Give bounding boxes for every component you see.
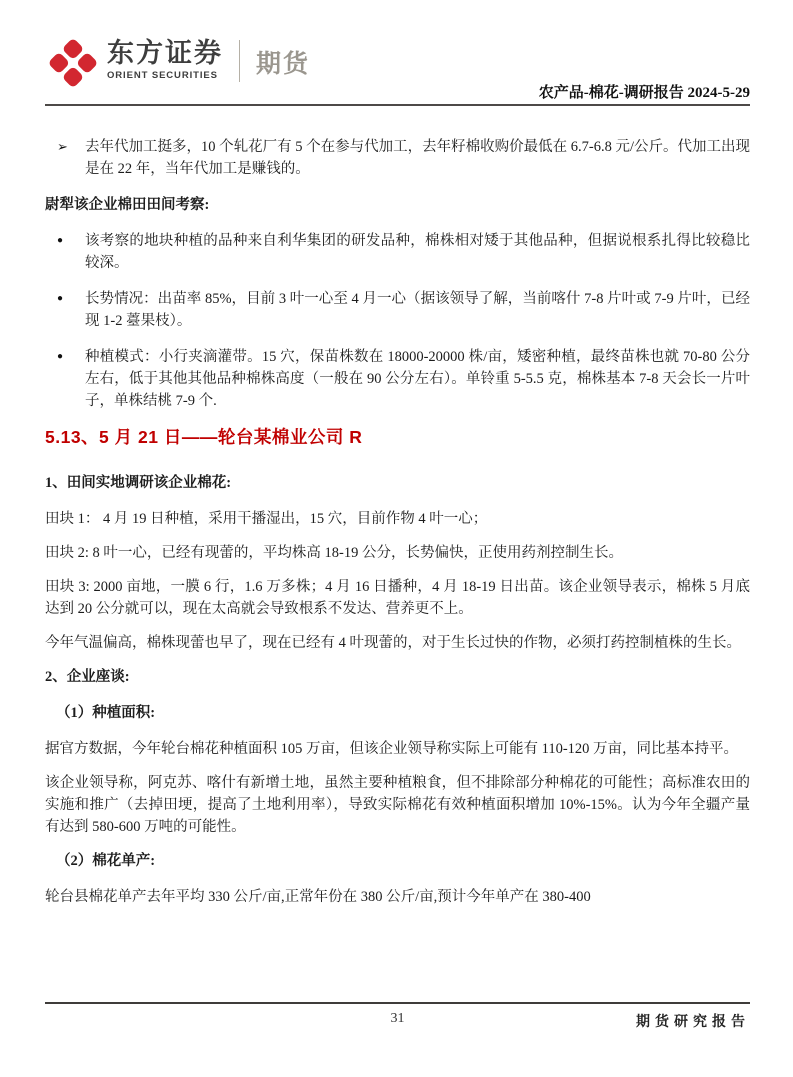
logo-petal [76,52,99,75]
subsection-title-planting-area: （1）种植面积: [45,702,750,724]
report-body: ➢ 去年代加工挺多，10 个轧花厂有 5 个在参与代加工，去年籽棉收购价最低在 … [45,136,750,920]
paragraph-field-1: 田块 1： 4 月 19 日种植，采用干播湿出，15 穴，目前作物 4 叶一心； [45,508,750,530]
dot-bullet-icon: ● [45,288,85,332]
dot-list-item: ● 种植模式：小行夹滴灌带。15 穴，保苗株数在 18000-20000 株/亩… [45,346,750,412]
paragraph-official-data: 据官方数据，今年轮台棉花种植面积 105 万亩，但该企业领导称实际上可能有 11… [45,738,750,760]
brand-block: 东方证券 ORIENT SECURITIES 期货 [55,38,310,82]
dot-list-item: ● 长势情况：出苗率 85%，目前 3 叶一心至 4 月一心（据该领导了解，当前… [45,288,750,332]
logo-petal [62,66,85,89]
paragraph-yield: 轮台县棉花单产去年平均 330 公斤/亩,正常年份在 380 公斤/亩,预计今年… [45,886,750,908]
paragraph-field-2: 田块 2: 8 叶一心，已经有现蕾的，平均株高 18-19 公分，长势偏快，正使… [45,542,750,564]
brand-divider [239,40,240,82]
dot-bullet-icon: ● [45,230,85,274]
paragraph-temperature: 今年气温偏高，棉株现蕾也早了，现在已经有 4 叶现蕾的，对于生长过快的作物，必须… [45,632,750,654]
dot-list-item: ● 该考察的地块种植的品种来自利华集团的研发品种，棉株相对矮于其他品种，但据说根… [45,230,750,274]
dot-bullet-icon: ● [45,346,85,412]
footer-report-type: 期货研究报告 [636,1011,750,1031]
orient-securities-logo-icon [48,38,99,89]
brand-name-cn: 东方证券 [107,40,223,67]
paragraph-field-3: 田块 3: 2000 亩地，一膜 6 行，1.6 万多株；4 月 16 日播种，… [45,576,750,620]
arrow-bullet-icon: ➢ [45,136,85,180]
brand-text: 东方证券 ORIENT SECURITIES [107,40,223,81]
list-item-text: 该考察的地块种植的品种来自利华集团的研发品种，棉株相对矮于其他品种，但据说根系扎… [85,230,750,274]
list-item-text: 长势情况：出苗率 85%，目前 3 叶一心至 4 月一心（据该领导了解，当前喀什… [85,288,750,332]
arrow-list-item: ➢ 去年代加工挺多，10 个轧花厂有 5 个在参与代加工，去年籽棉收购价最低在 … [45,136,750,180]
page-footer: 31 期货研究报告 [45,1002,750,1035]
subsection-title-2: 2、企业座谈: [45,666,750,688]
brand-name-en: ORIENT SECURITIES [107,70,223,81]
list-item-text: 种植模式：小行夹滴灌带。15 穴，保苗株数在 18000-20000 株/亩，矮… [85,346,750,412]
footer-inner: 31 期货研究报告 [45,1011,750,1035]
subsection-title-1: 1、田间实地调研该企业棉花: [45,472,750,494]
report-title-label: 农产品-棉花-调研报告 2024-5-29 [539,81,750,102]
header-rule [45,104,750,106]
section-subtitle: 尉犁该企业棉田田间考察: [45,194,750,216]
paragraph-new-land: 该企业领导称，阿克苏、喀什有新增土地，虽然主要种植粮食，但不排除部分种棉花的可能… [45,772,750,838]
report-page: 东方证券 ORIENT SECURITIES 期货 农产品-棉花-调研报告 20… [0,0,793,1077]
list-item-text: 去年代加工挺多，10 个轧花厂有 5 个在参与代加工，去年籽棉收购价最低在 6.… [85,136,750,180]
page-header: 东方证券 ORIENT SECURITIES 期货 农产品-棉花-调研报告 20… [45,36,750,104]
subsection-title-yield: （2）棉花单产: [45,850,750,872]
division-label: 期货 [256,44,310,80]
section-heading-5-13: 5.13、5 月 21 日——轮台某棉业公司 R [45,426,750,448]
